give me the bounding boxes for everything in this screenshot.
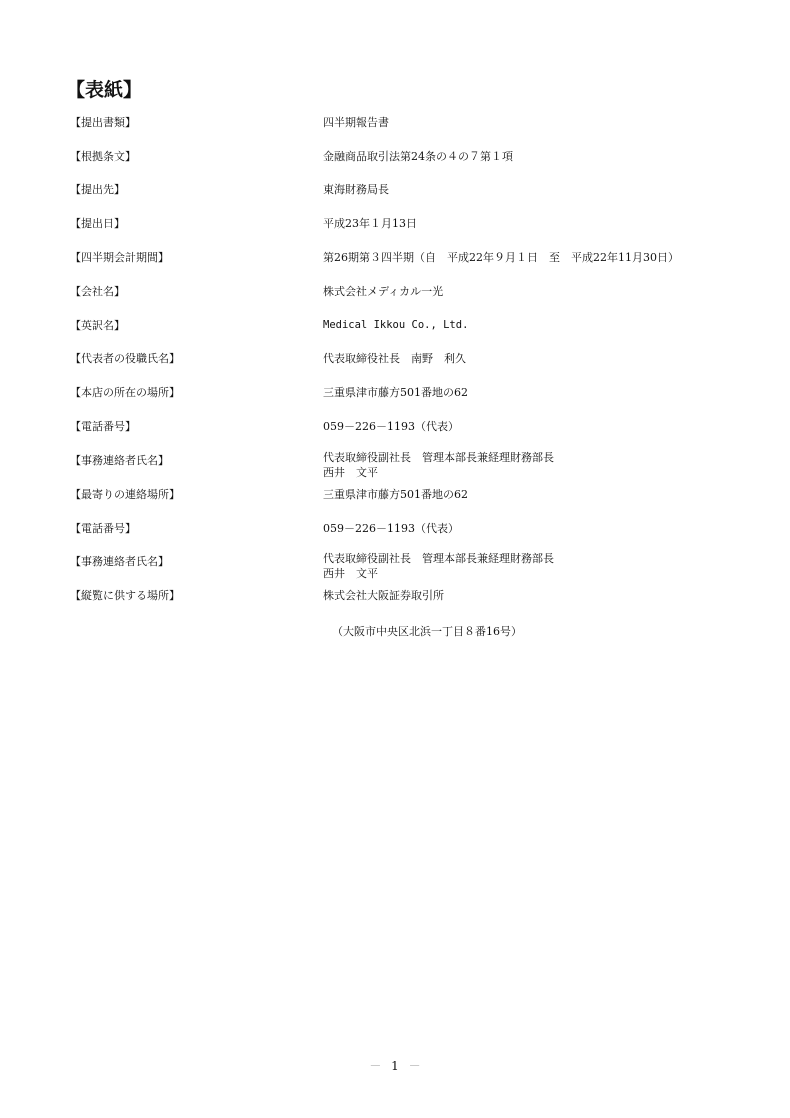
- page-number: 1: [391, 1059, 399, 1073]
- field-label: 【事務連絡者氏名】: [70, 554, 169, 569]
- field-value: 代表取締役社長 南野 利久: [323, 351, 466, 366]
- field-value: 059－226－1193（代表）: [323, 419, 459, 434]
- field-label: 【本店の所在の場所】: [70, 385, 180, 400]
- field-label: 【提出書類】: [70, 115, 136, 130]
- inspection-place-address: （大阪市中央区北浜一丁目８番16号）: [332, 623, 522, 639]
- field-value: 三重県津市藤方501番地の62: [323, 487, 468, 502]
- field-value: 代表取締役副社長 管理本部長兼経理財務部長 西井 文平: [323, 551, 554, 581]
- field-label: 【英訳名】: [70, 318, 125, 333]
- page-dash-right: －: [409, 1059, 421, 1073]
- field-value: 金融商品取引法第24条の４の７第１項: [323, 149, 513, 164]
- field-value: 第26期第３四半期（自 平成22年９月１日 至 平成22年11月30日）: [323, 250, 679, 265]
- field-value: 株式会社メディカル一光: [323, 284, 443, 299]
- page-footer: － 1 －: [0, 1057, 790, 1074]
- field-value: 059－226－1193（代表）: [323, 521, 459, 536]
- field-value: Medical Ikkou Co., Ltd.: [323, 318, 468, 333]
- field-label: 【根拠条文】: [70, 149, 136, 164]
- field-label: 【提出先】: [70, 182, 125, 197]
- page-title: 【表紙】: [66, 75, 142, 102]
- field-value: 代表取締役副社長 管理本部長兼経理財務部長 西井 文平: [323, 450, 554, 480]
- field-label: 【縦覧に供する場所】: [70, 588, 180, 603]
- field-value: 株式会社大阪証券取引所: [323, 588, 444, 603]
- field-label: 【電話番号】: [70, 521, 136, 536]
- field-label: 【事務連絡者氏名】: [70, 453, 169, 468]
- field-value: 三重県津市藤方501番地の62: [323, 385, 468, 400]
- page-dash-left: －: [369, 1059, 381, 1073]
- field-value: 平成23年１月13日: [323, 216, 417, 231]
- field-value: 東海財務局長: [323, 182, 389, 197]
- field-label: 【最寄りの連絡場所】: [70, 487, 180, 502]
- field-label: 【提出日】: [70, 216, 125, 231]
- field-label: 【電話番号】: [70, 419, 136, 434]
- field-label: 【四半期会計期間】: [70, 250, 169, 265]
- field-value: 四半期報告書: [323, 115, 389, 130]
- field-label: 【代表者の役職氏名】: [70, 351, 180, 366]
- field-label: 【会社名】: [70, 284, 125, 299]
